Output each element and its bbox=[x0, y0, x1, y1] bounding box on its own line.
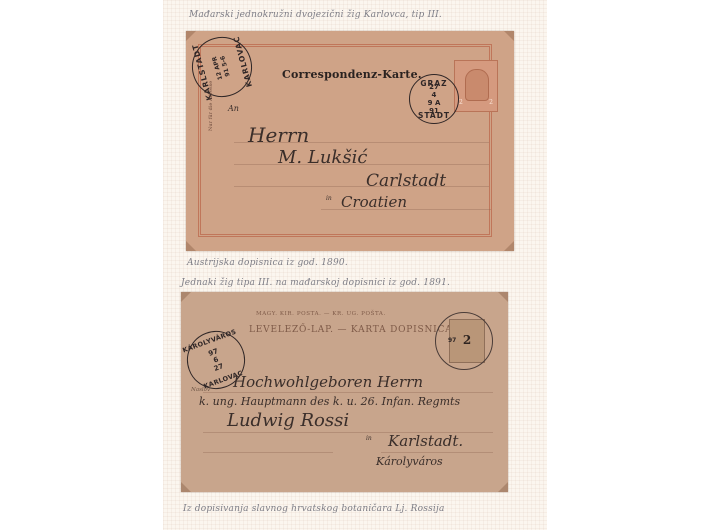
imprinted-stamp: 2 2 bbox=[454, 60, 498, 112]
address-line bbox=[203, 452, 333, 453]
card-header-small: MAGY. KIR. POSTA. — KR. UG. POŠTA. bbox=[256, 311, 386, 317]
address-line-4: Karlstadt. bbox=[388, 432, 463, 450]
address-line-3: Carlstadt bbox=[366, 171, 446, 191]
caption-austrian-card: Austrijska dopisnica iz god. 1890. bbox=[187, 258, 348, 268]
postmark-receiving: 97 bbox=[435, 312, 493, 370]
caption-bottom: Iz dopisivanja slavnog hrvatskog botanič… bbox=[183, 504, 445, 514]
address-line-1: Hochwohlgeboren Herrn bbox=[233, 373, 423, 391]
mount-corner bbox=[186, 31, 196, 41]
address-line-5: Károlyváros bbox=[376, 455, 443, 468]
mount-corner bbox=[181, 292, 191, 302]
address-line bbox=[381, 452, 493, 453]
address-line bbox=[203, 392, 493, 393]
card-header-large: LEVELEZŐ-LAP. — KARTA DOPISNICA. bbox=[249, 325, 456, 335]
address-line-4: Croatien bbox=[341, 193, 407, 211]
address-in-prefix: in bbox=[366, 435, 372, 442]
address-line-3: Ludwig Rossi bbox=[227, 410, 349, 431]
address-line-2: k. ung. Hauptmann des k. u. 26. Infan. R… bbox=[199, 395, 460, 408]
vertical-print: Nur für die Adresse bbox=[208, 81, 214, 131]
mount-corner bbox=[498, 482, 508, 492]
mount-corner bbox=[498, 292, 508, 302]
card-title: Correspondenz-Karte. bbox=[282, 68, 422, 81]
caption-top: Mađarski jednokružni dvojezični žig Karl… bbox=[189, 10, 442, 20]
mount-corner bbox=[504, 31, 514, 41]
address-in-prefix: in bbox=[326, 195, 332, 202]
mount-corner bbox=[181, 482, 191, 492]
caption-hungarian-card: Jednaki žig tipa III. na mađarskoj dopis… bbox=[181, 278, 450, 288]
postmark-graz: GRAZ 27 4 9 A 91 STADT bbox=[409, 74, 459, 124]
mount-corner bbox=[504, 241, 514, 251]
mount-corner bbox=[186, 241, 196, 251]
address-line-1: Herrn bbox=[248, 123, 309, 147]
address-line-2: M. Lukšić bbox=[278, 147, 367, 168]
address-line bbox=[234, 186, 489, 187]
austrian-postcard: Correspondenz-Karte. 2 2 KARLSTADT 12 AP… bbox=[186, 31, 514, 251]
an-prefix: An bbox=[228, 104, 239, 113]
hungarian-postcard: MAGY. KIR. POSTA. — KR. UG. POŠTA. LEVEL… bbox=[181, 292, 508, 492]
